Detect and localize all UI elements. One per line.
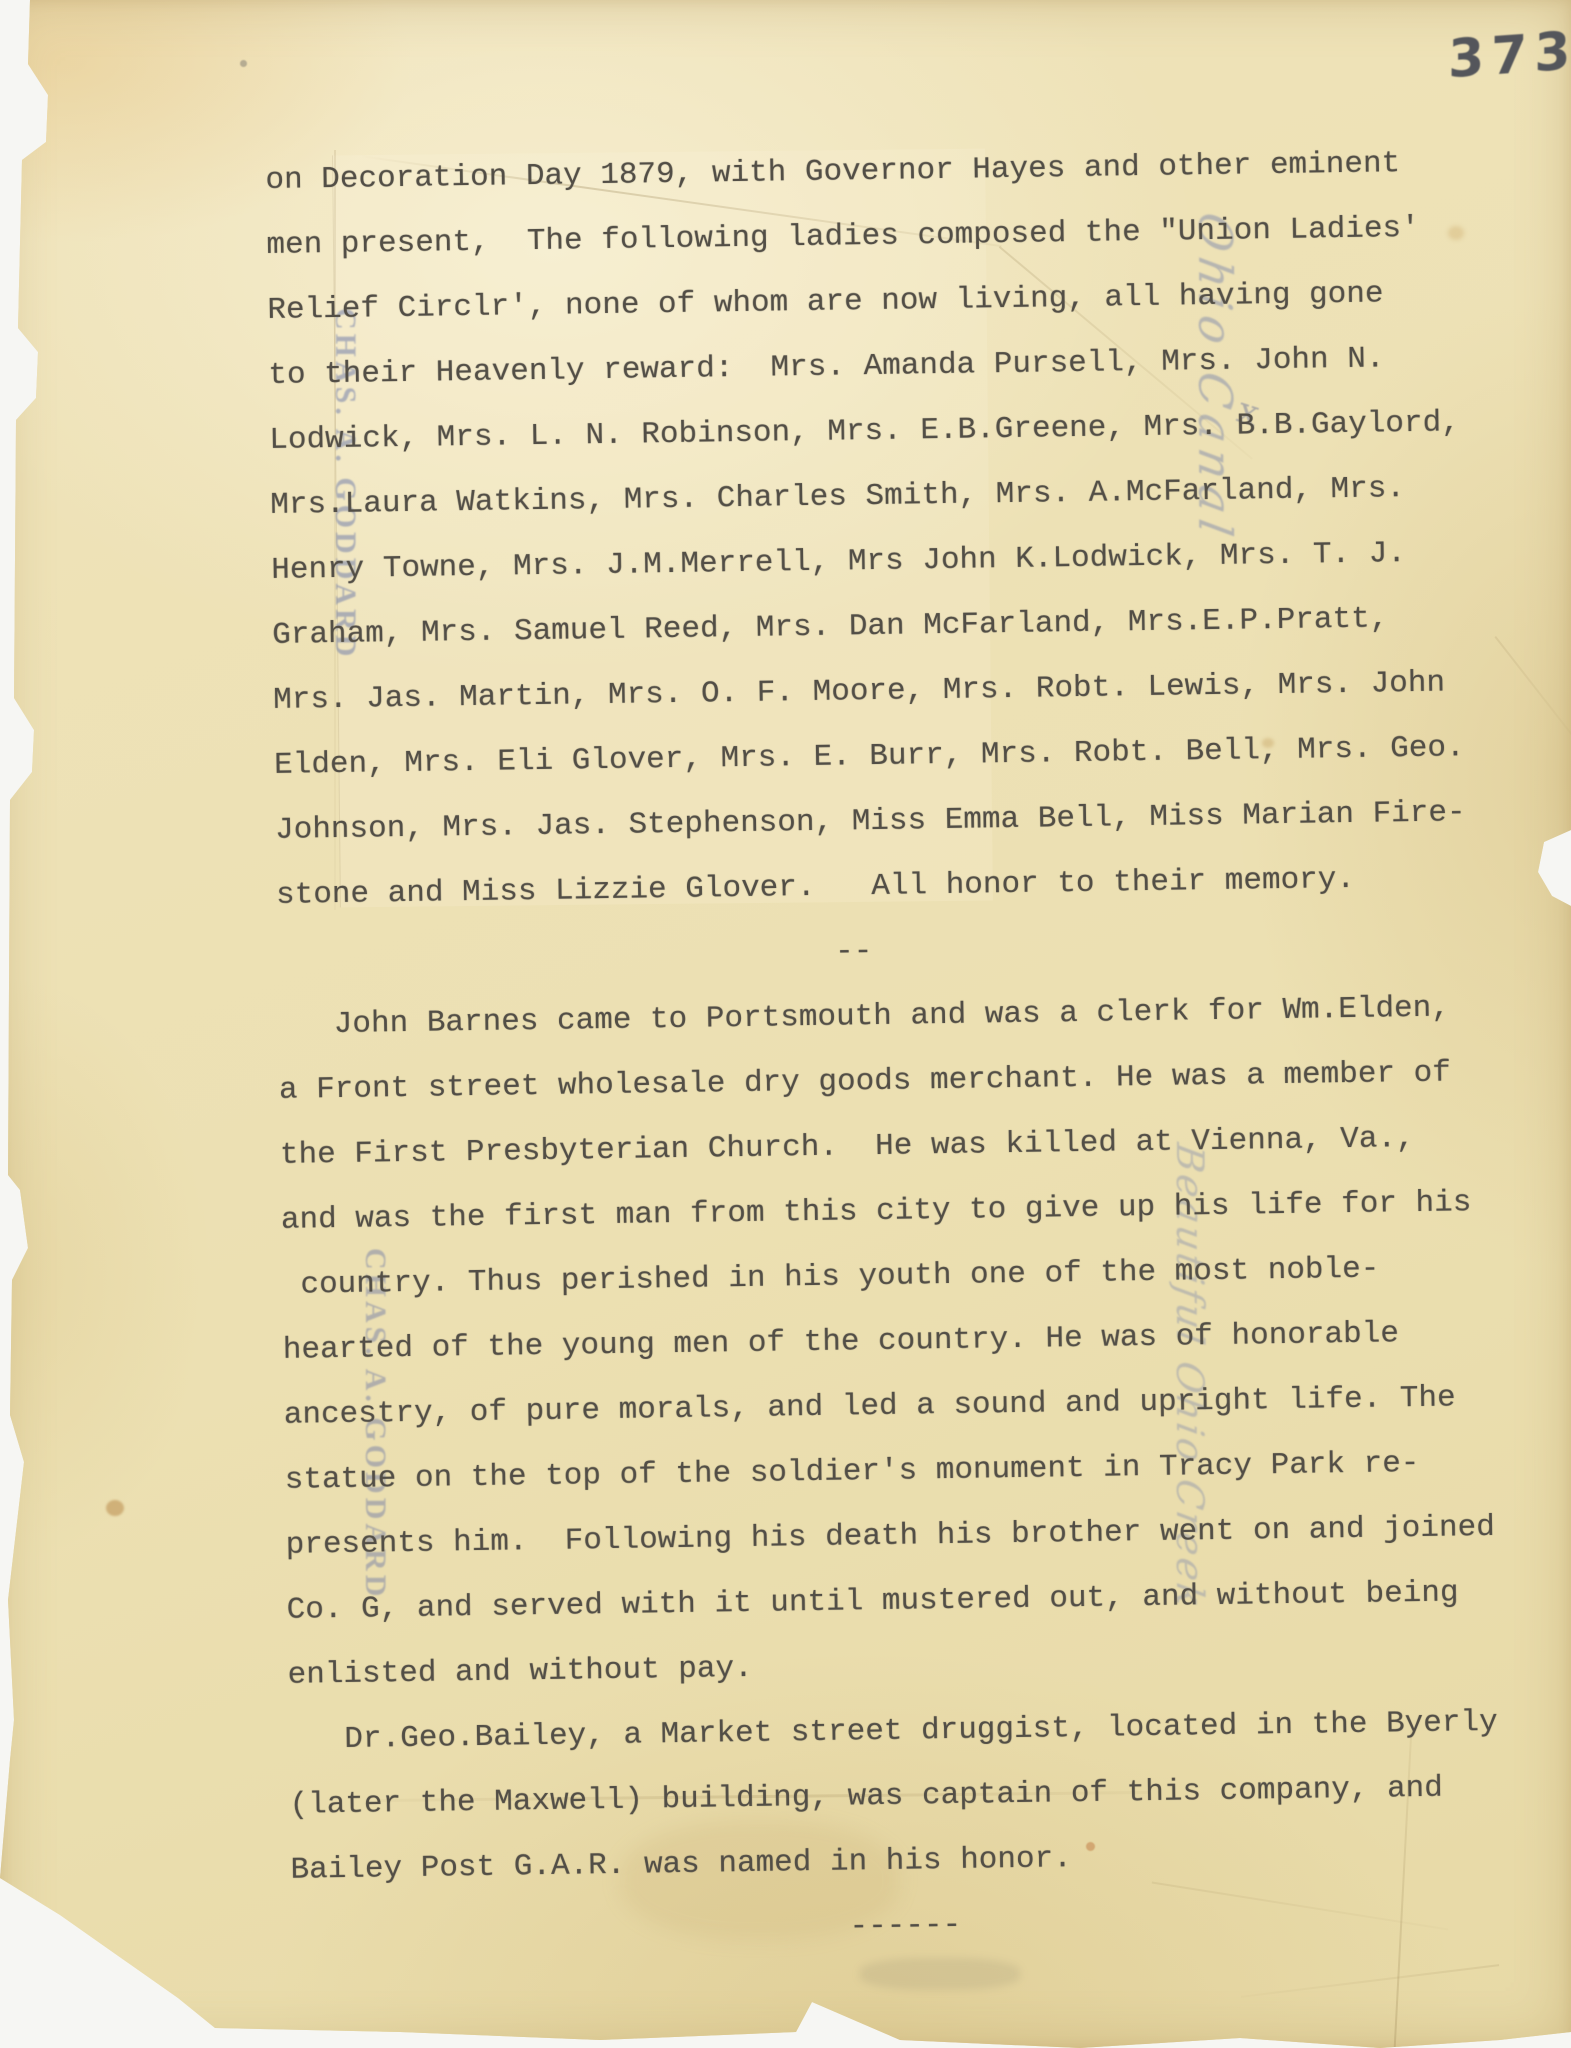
document-page: CHAS. A. GODDARD CHAS. A. GODDARD Ohio C… [0,0,1571,2048]
scanned-page-background: CHAS. A. GODDARD CHAS. A. GODDARD Ohio C… [0,0,1571,2048]
crease-line [1241,1964,1499,1998]
page-number: 373 [1448,21,1571,90]
crease-line [1494,636,1571,755]
stain [240,60,247,67]
stain [860,1958,1020,1990]
typewritten-text: on Decoration Day 1879, with Governor Ha… [0,130,1501,1972]
